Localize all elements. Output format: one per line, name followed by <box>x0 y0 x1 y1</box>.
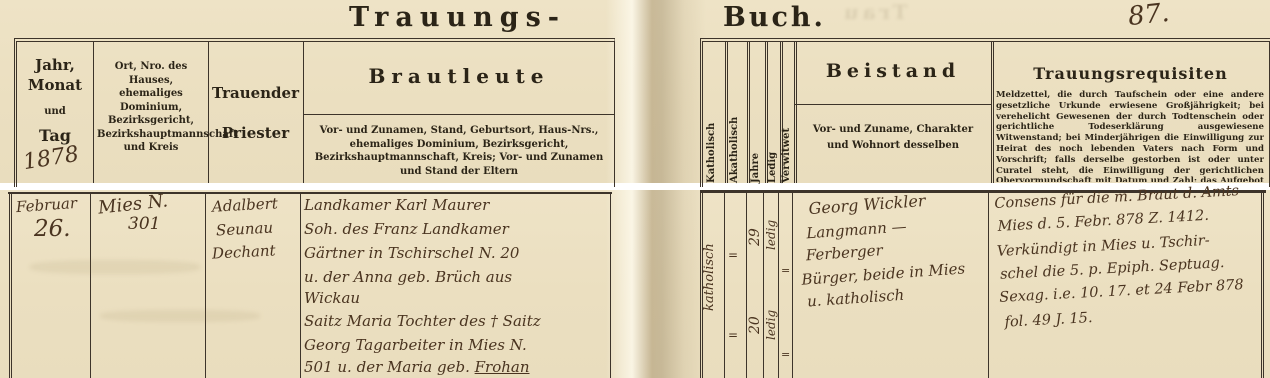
entry-beistand-line: Georg Wickler <box>808 189 961 219</box>
entry-strip: Februar 26. Mies N. 301 Adalbert Seunau … <box>0 190 1270 378</box>
beistand-col-subtitle: Vor- und Zuname, Charakter und Wohnort d… <box>801 122 985 154</box>
entry-brautleute-line: Wickau <box>304 289 360 307</box>
header-strip: Trauungs- Buch. Trau 87. Jahr, Monat und… <box>0 0 1270 183</box>
right-header-table: Katholisch Akatholisch Jahre Ledig Verwi… <box>700 38 1270 187</box>
entry-brautleute-line: Gärtner in Tschirschel N. 20 <box>304 244 519 262</box>
brautleute-col-subtitle: Vor- und Zunamen, Stand, Geburtsort, Hau… <box>310 124 608 178</box>
verwitwet-col-header: Verwitwet <box>781 107 792 183</box>
column-divider <box>724 190 725 378</box>
brautleute-col-title: Brautleute <box>304 64 614 88</box>
page-title-right: Buch. <box>712 2 837 33</box>
ink-bleed-artifact <box>30 260 200 274</box>
left-header-table: Jahr, Monat und Tag 1878 Ort, Nro. des H… <box>14 38 615 187</box>
register-scan: Trauungs- Buch. Trau 87. Jahr, Monat und… <box>0 0 1270 378</box>
entry-brautleute-line: Landkamer Karl Maurer <box>304 196 489 214</box>
jahre-col-header: Jahre <box>750 123 761 183</box>
entry-age-groom: 29 <box>747 220 763 254</box>
entry-requisiten-line: Sexag. i.e. 10. 17. et 24 Febr 878 <box>999 277 1244 306</box>
entry-akatholisch-ditto: = <box>728 328 738 342</box>
page-number: 87. <box>1127 0 1171 32</box>
entry-priest-line: Seunau <box>216 219 274 240</box>
ink-bleed-artifact <box>100 310 260 322</box>
priest-col-header-line2: Priester <box>208 124 303 142</box>
beistand-col-title: Beistand <box>795 60 991 82</box>
katholisch-col-header: Katholisch <box>706 87 717 183</box>
date-col-header-line3: und <box>17 106 93 117</box>
entry-brautleute-line: Saitz Maria Tochter des † Saitz <box>304 312 541 330</box>
entry-priest-line: Dechant <box>212 241 276 262</box>
entry-requisiten-line: fol. 49 J. 15. <box>1004 302 1245 331</box>
entry-brautleute-lastline: 501 u. der Maria geb. Frohan <box>304 358 530 376</box>
column-divider <box>90 192 91 378</box>
requisiten-col-body: Meldzettel, die durch Taufschein oder ei… <box>996 90 1264 182</box>
entry-verwitwet-ditto: = <box>781 348 790 361</box>
entry-place-line2: 301 <box>128 214 160 234</box>
column-divider <box>300 192 301 378</box>
entry-priest-line: Adalbert <box>212 194 279 215</box>
entry-akatholisch-ditto: = <box>728 248 738 262</box>
entry-requisiten-line: Mies d. 5. Febr. 878 Z. 1412. <box>997 206 1240 235</box>
entry-brautleute-line: Georg Tagarbeiter in Mies N. <box>304 336 527 354</box>
entry-verwitwet-ditto: = <box>781 264 790 277</box>
column-divider <box>746 190 747 378</box>
entry-beistand-block: Georg Wickler Langmann — Ferberger Bürge… <box>796 189 967 311</box>
akatholisch-col-header: Akatholisch <box>729 87 740 183</box>
priest-col-header-line1: Trauender <box>208 84 303 102</box>
column-divider <box>988 190 989 378</box>
entry-brautleute-line: Soh. des Franz Landkamer <box>304 220 509 238</box>
place-col-header: Ort, Nro. des Hauses, ehemaliges Dominiu… <box>97 60 205 155</box>
entry-brautleute-line-part: 501 u. der Maria geb. <box>304 358 470 376</box>
entry-day: 26. <box>34 216 71 242</box>
date-col-header-line2: Monat <box>17 76 93 94</box>
column-divider <box>208 42 209 183</box>
date-col-header-line1: Jahr, <box>17 56 93 74</box>
entry-month: Februar <box>15 194 77 216</box>
entry-katholisch-mark: katholisch <box>702 202 722 352</box>
date-col-header-line4: Tag <box>17 126 93 145</box>
column-divider <box>205 192 206 378</box>
book-gutter-shadow <box>606 190 706 378</box>
year-handwritten: 1878 <box>21 142 80 175</box>
column-divider <box>792 190 793 378</box>
column-divider <box>778 190 779 378</box>
book-gutter-shadow <box>606 0 706 183</box>
column-divider <box>725 42 728 183</box>
page-title-left: Trauungs- <box>340 2 575 33</box>
requisiten-col-title: Trauungsrequisiten <box>992 64 1269 83</box>
column-divider <box>1261 190 1264 378</box>
column-divider <box>93 42 94 183</box>
ink-bleed-artifact: Trau <box>840 0 907 24</box>
table-rule <box>8 192 612 194</box>
cell-divider <box>304 114 614 115</box>
entry-ledig-mark: ledig <box>764 302 778 348</box>
entry-brautleute-underlined-word: Frohan <box>475 358 530 376</box>
column-divider <box>610 192 611 378</box>
column-divider <box>9 192 12 378</box>
cell-divider <box>795 104 991 105</box>
entry-age-bride: 20 <box>747 308 763 342</box>
entry-brautleute-line: u. der Anna geb. Brüch aus <box>304 268 512 286</box>
ledig-col-header: Ledig <box>767 133 778 183</box>
entry-ledig-mark: ledig <box>764 212 778 258</box>
entry-requisiten-block: Consens für die m. Braut d. Amts Mies d.… <box>994 183 1246 331</box>
